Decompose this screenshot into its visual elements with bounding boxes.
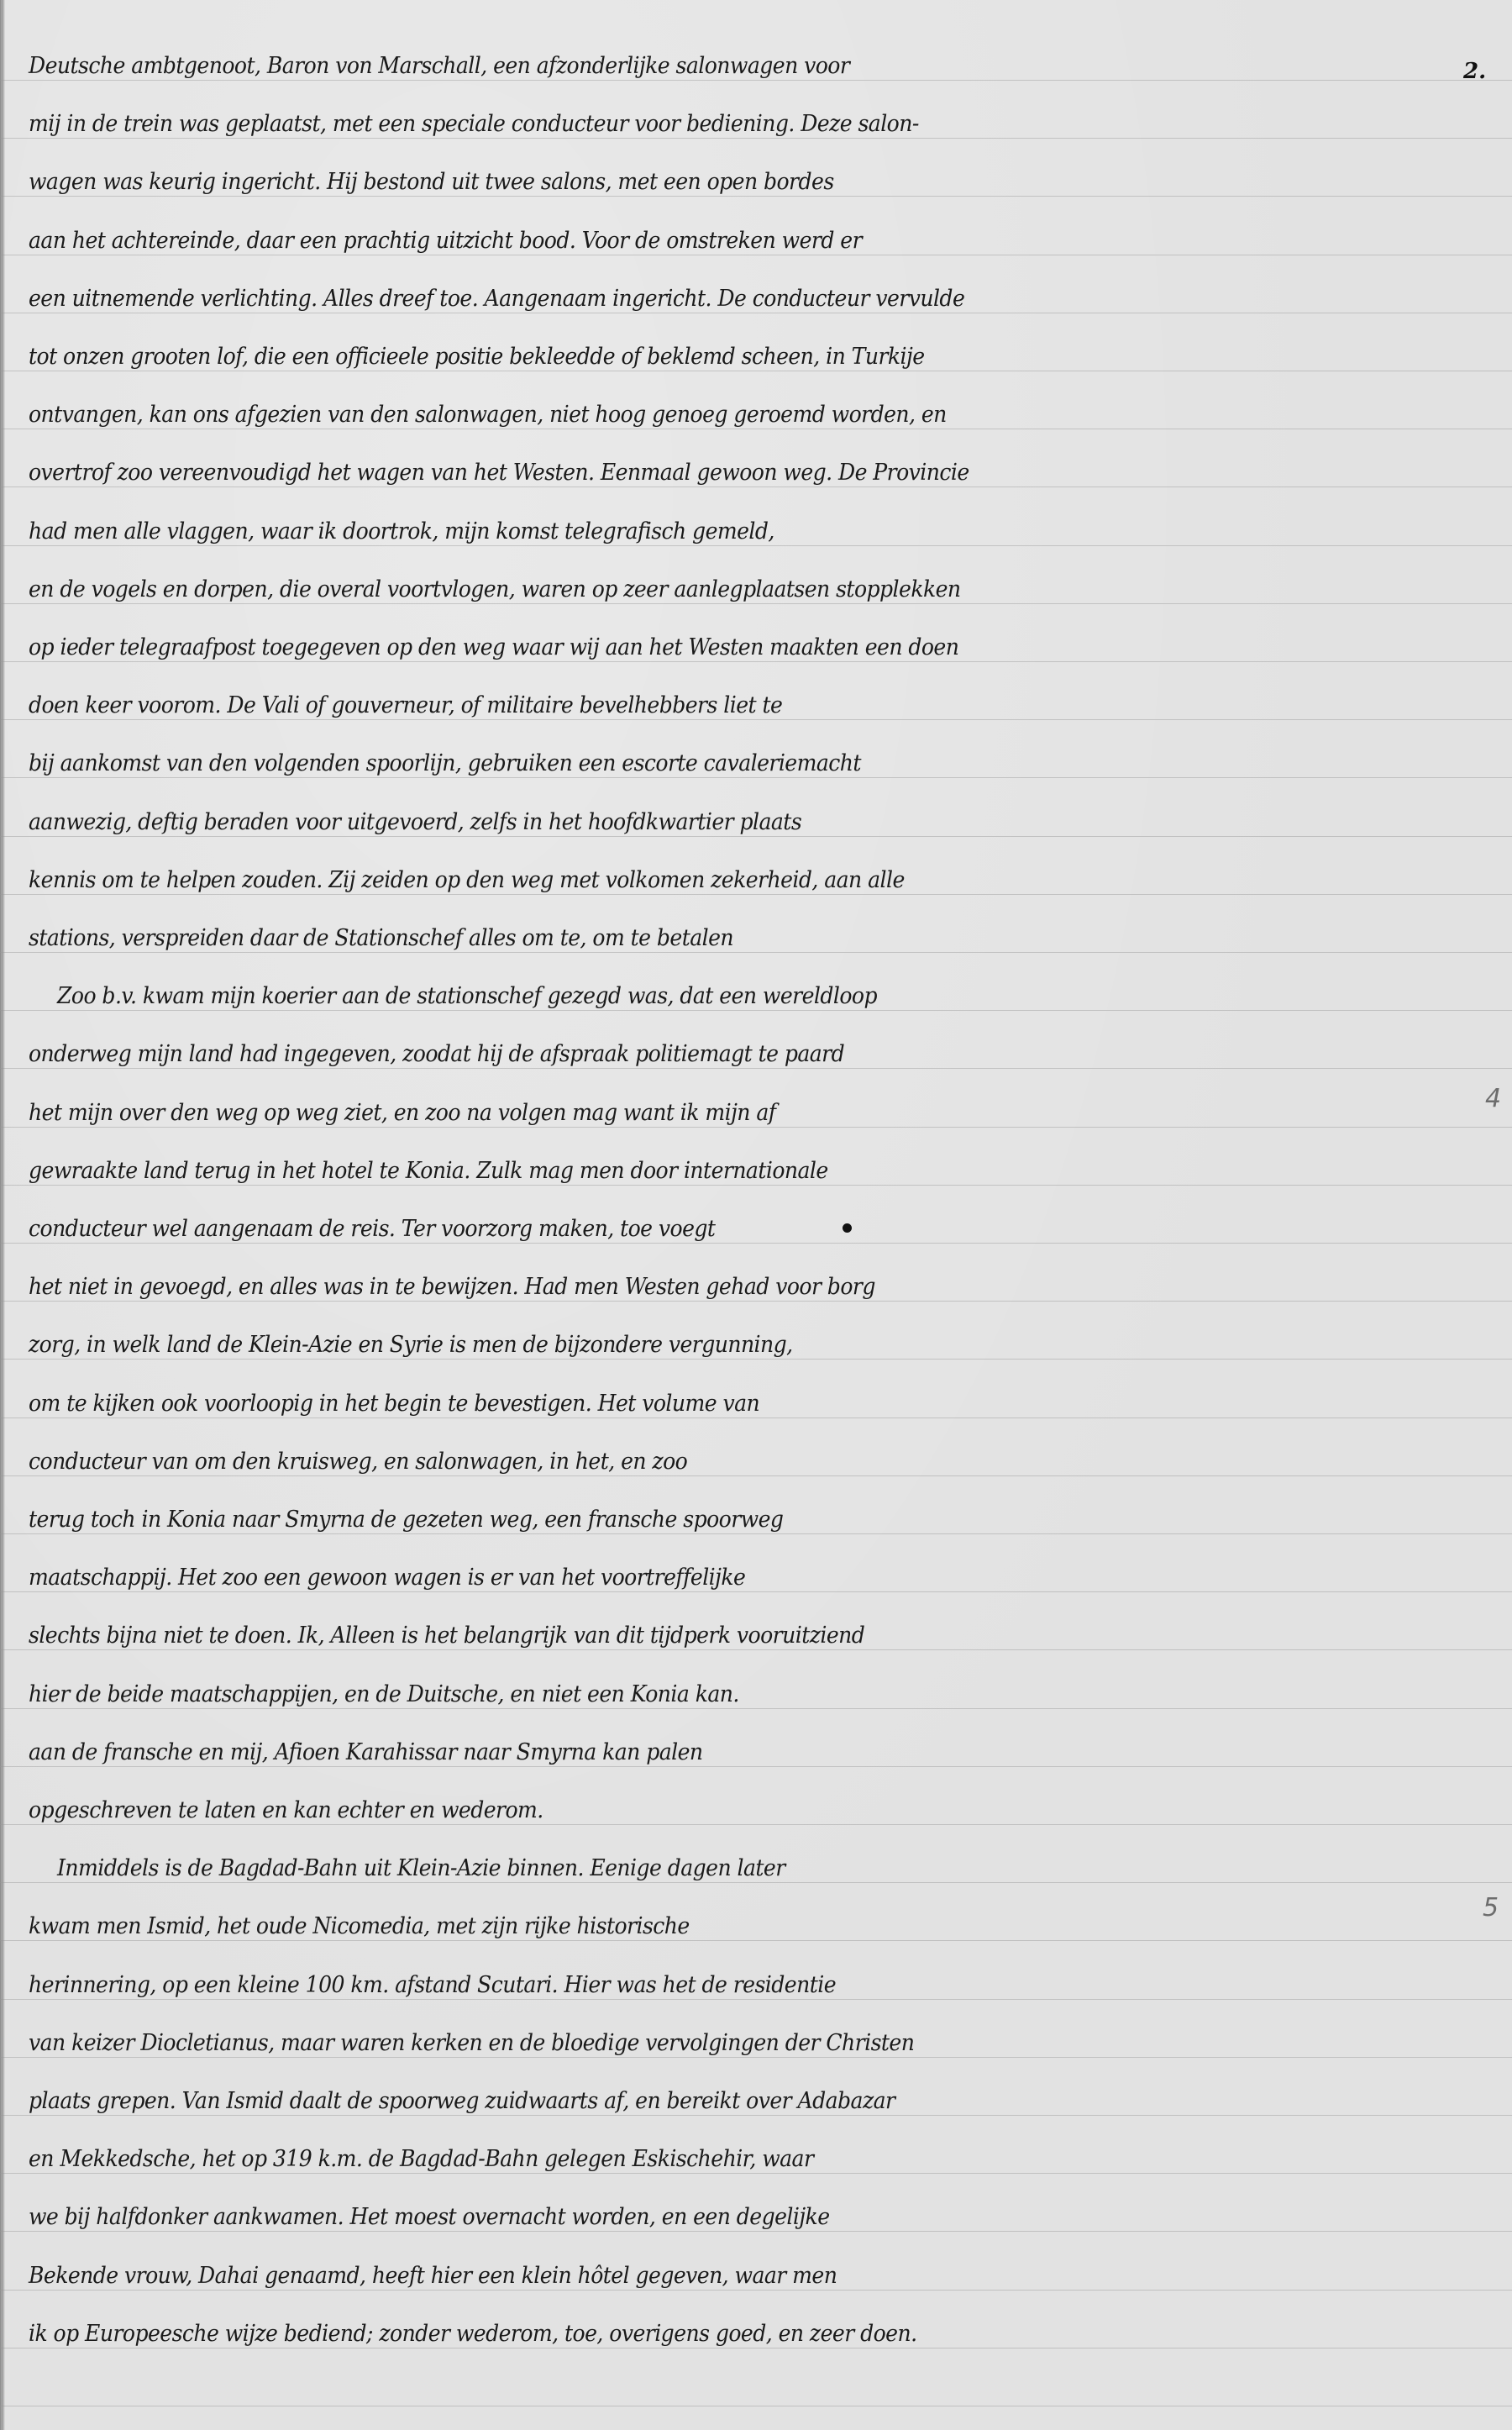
handwritten-line: gewraakte land terug in het hotel te Kon… [29, 1158, 828, 1184]
ruled-line [0, 2115, 1512, 2116]
ruled-line [0, 2290, 1512, 2291]
ruled-line [0, 2406, 1512, 2406]
ink-dot [843, 1223, 852, 1233]
handwritten-line: het mijn over den weg op weg ziet, en zo… [29, 1100, 776, 1126]
handwritten-line: stations, verspreiden daar de Stationsch… [29, 925, 733, 951]
margin-note-5: 5 [1483, 1893, 1499, 1922]
handwritten-line: doen keer voorom. De Vali of gouverneur,… [29, 692, 782, 718]
ruled-line [0, 2348, 1512, 2348]
handwritten-line: het niet in gevoegd, en alles was in te … [29, 1274, 875, 1300]
handwritten-line: kwam men Ismid, het oude Nicomedia, met … [29, 1913, 690, 1939]
handwritten-line: ik op Europeesche wijze bediend; zonder … [29, 2321, 916, 2347]
handwritten-line: om te kijken ook voorloopig in het begin… [29, 1391, 759, 1417]
handwritten-line: wagen was keurig ingericht. Hij bestond … [29, 169, 834, 195]
ruled-line [0, 1417, 1512, 1418]
handwritten-line: onderweg mijn land had ingegeven, zoodat… [29, 1041, 844, 1067]
handwritten-line: hier de beide maatschappijen, en de Duit… [29, 1681, 739, 1707]
handwritten-line: terug toch in Konia naar Smyrna de gezet… [29, 1507, 783, 1533]
ruled-line [0, 487, 1512, 487]
handwritten-line: Bekende vrouw, Dahai genaamd, heeft hier… [29, 2263, 837, 2289]
ruled-line [0, 313, 1512, 313]
page-edge-line [3, 0, 3, 2430]
ruled-line [0, 1068, 1512, 1069]
handwritten-line: ontvangen, kan ons afgezien van den salo… [29, 402, 947, 428]
handwritten-line: kennis om te helpen zouden. Zij zeiden o… [29, 867, 905, 893]
handwritten-line: opgeschreven te laten en kan echter en w… [29, 1797, 543, 1823]
ruled-line [0, 80, 1512, 81]
ruled-line [0, 429, 1512, 429]
handwritten-line: conducteur van om den kruisweg, en salon… [29, 1449, 687, 1475]
ruled-line [0, 894, 1512, 895]
ruled-line [0, 836, 1512, 837]
ruled-line [0, 138, 1512, 139]
ruled-line [0, 1301, 1512, 1302]
handwritten-line: en de vogels en dorpen, die overal voort… [29, 576, 961, 602]
ruled-line [0, 1766, 1512, 1767]
ruled-line [0, 603, 1512, 604]
ruled-line [0, 1127, 1512, 1128]
ruled-line [0, 255, 1512, 255]
handwritten-line: overtrof zoo vereenvoudigd het wagen van… [29, 460, 969, 486]
ruled-line [0, 1882, 1512, 1883]
handwritten-line: slechts bijna niet te doen. Ik, Alleen i… [29, 1623, 864, 1649]
ruled-line [0, 196, 1512, 197]
ruled-line [0, 2057, 1512, 2058]
page-number: 2. [1463, 59, 1486, 84]
ruled-line [0, 1359, 1512, 1360]
ruled-line [0, 1475, 1512, 1476]
handwritten-line: had men alle vlaggen, waar ik doortrok, … [29, 518, 774, 544]
ruled-line [0, 545, 1512, 546]
manuscript-page: 2. 4 5 Deutsche ambtgenoot, Baron von Ma… [0, 0, 1512, 2430]
handwritten-line: maatschappij. Het zoo een gewoon wagen i… [29, 1565, 745, 1591]
handwritten-line: aan het achtereinde, daar een prachtig u… [29, 228, 862, 254]
handwritten-line: op ieder telegraafpost toegegeven op den… [29, 634, 958, 660]
handwritten-line: zorg, in welk land de Klein-Azie en Syri… [29, 1332, 793, 1358]
handwritten-line: Deutsche ambtgenoot, Baron von Marschall… [29, 53, 849, 79]
ruled-line [0, 1824, 1512, 1825]
ruled-line [0, 1243, 1512, 1244]
handwritten-line: en Mekkedsche, het op 319 k.m. de Bagdad… [29, 2146, 813, 2172]
handwritten-line: tot onzen grooten lof, die een officieel… [29, 344, 925, 370]
ruled-line [0, 1940, 1512, 1941]
handwritten-line: aanwezig, deftig beraden voor uitgevoerd… [29, 809, 801, 835]
ruled-line [0, 2231, 1512, 2232]
ruled-line [0, 1591, 1512, 1592]
ruled-line [0, 1708, 1512, 1709]
handwritten-line: aan de fransche en mij, Afioen Karahissa… [29, 1739, 703, 1765]
ruled-line [0, 1649, 1512, 1650]
ruled-line [0, 1999, 1512, 2000]
ruled-line [0, 1185, 1512, 1186]
handwritten-line: bij aankomst van den volgenden spoorlijn… [29, 750, 861, 776]
handwritten-line: Inmiddels is de Bagdad-Bahn uit Klein-Az… [57, 1855, 785, 1881]
handwritten-line: herinnering, op een kleine 100 km. afsta… [29, 1972, 836, 1998]
ruled-line [0, 952, 1512, 953]
ruled-line [0, 777, 1512, 778]
margin-note-4: 4 [1485, 1084, 1501, 1113]
handwritten-line: een uitnemende verlichting. Alles dreef … [29, 286, 964, 312]
handwritten-line: plaats grepen. Van Ismid daalt de spoorw… [29, 2088, 895, 2114]
ruled-line [0, 371, 1512, 371]
ruled-line [0, 2173, 1512, 2174]
ruled-line [0, 1010, 1512, 1011]
handwritten-line: mij in de trein was geplaatst, met een s… [29, 111, 919, 137]
handwritten-line: Zoo b.v. kwam mijn koerier aan de statio… [57, 983, 877, 1009]
ruled-line [0, 719, 1512, 720]
ruled-line [0, 1533, 1512, 1534]
handwritten-line: we bij halfdonker aankwamen. Het moest o… [29, 2204, 830, 2230]
ruled-line [0, 661, 1512, 662]
handwritten-line: van keizer Diocletianus, maar waren kerk… [29, 2030, 914, 2056]
handwritten-line: conducteur wel aangenaam de reis. Ter vo… [29, 1216, 715, 1242]
